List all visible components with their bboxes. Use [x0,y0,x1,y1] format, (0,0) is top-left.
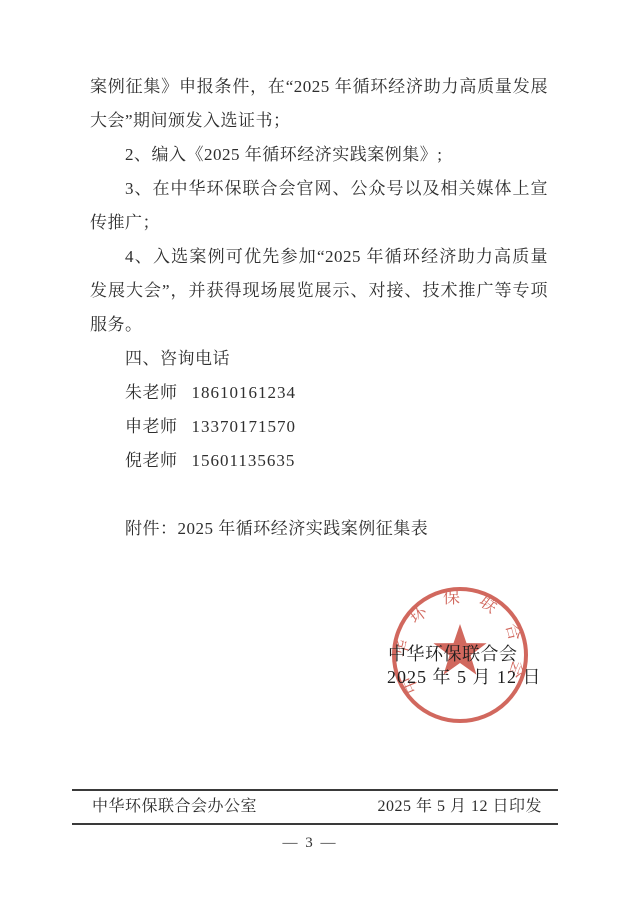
document-body: 案例征集》申报条件，在“2025 年循环经济助力高质量发展 大会”期间颁发入选证… [90,70,548,546]
contact-row: 朱老师18610161234 [90,376,548,410]
document-page: 案例征集》申报条件，在“2025 年循环经济助力高质量发展 大会”期间颁发入选证… [0,0,637,900]
footer-print-date: 2025 年 5 月 12 日印发 [377,797,542,817]
attachment-line: 附件：2025 年循环经济实践案例征集表 [90,512,548,546]
signature-date: 2025 年 5 月 12 日 [387,665,542,689]
body-line-3: 2、编入《2025 年循环经济实践案例集》; [90,138,548,172]
body-line-6: 4、入选案例可优先参加“2025 年循环经济助力高质量 [90,240,548,274]
contact-phone: 15601135635 [192,451,296,470]
contact-phone: 13370171570 [192,417,297,436]
footer-issuing-office: 中华环保联合会办公室 [92,797,257,817]
contact-row: 申老师13370171570 [90,410,548,444]
body-line-5: 传推广； [90,206,548,240]
footer-rule-bottom [72,823,558,825]
body-line-8: 服务。 [90,308,548,342]
contact-name: 申老师 [125,417,178,436]
contact-name: 倪老师 [125,451,178,470]
body-line-1: 案例征集》申报条件，在“2025 年循环经济助力高质量发展 [90,70,548,104]
contact-row: 倪老师15601135635 [90,444,548,478]
footer-rule-top [72,789,558,791]
contact-name: 朱老师 [125,383,178,402]
footer-row: 中华环保联合会办公室 2025 年 5 月 12 日印发 [72,797,558,817]
contact-phone: 18610161234 [192,383,297,402]
body-line-7: 发展大会”，并获得现场展览展示、对接、技术推广等专项 [90,274,548,308]
section-heading-contact: 四、咨询电话 [90,342,548,376]
signature-org: 中华环保联合会 [388,642,518,666]
body-line-4: 3、在中华环保联合会官网、公众号以及相关媒体上宣 [90,172,548,206]
blank-line [90,478,548,512]
page-number: — 3 — [0,833,620,853]
body-line-2: 大会”期间颁发入选证书； [90,104,548,138]
